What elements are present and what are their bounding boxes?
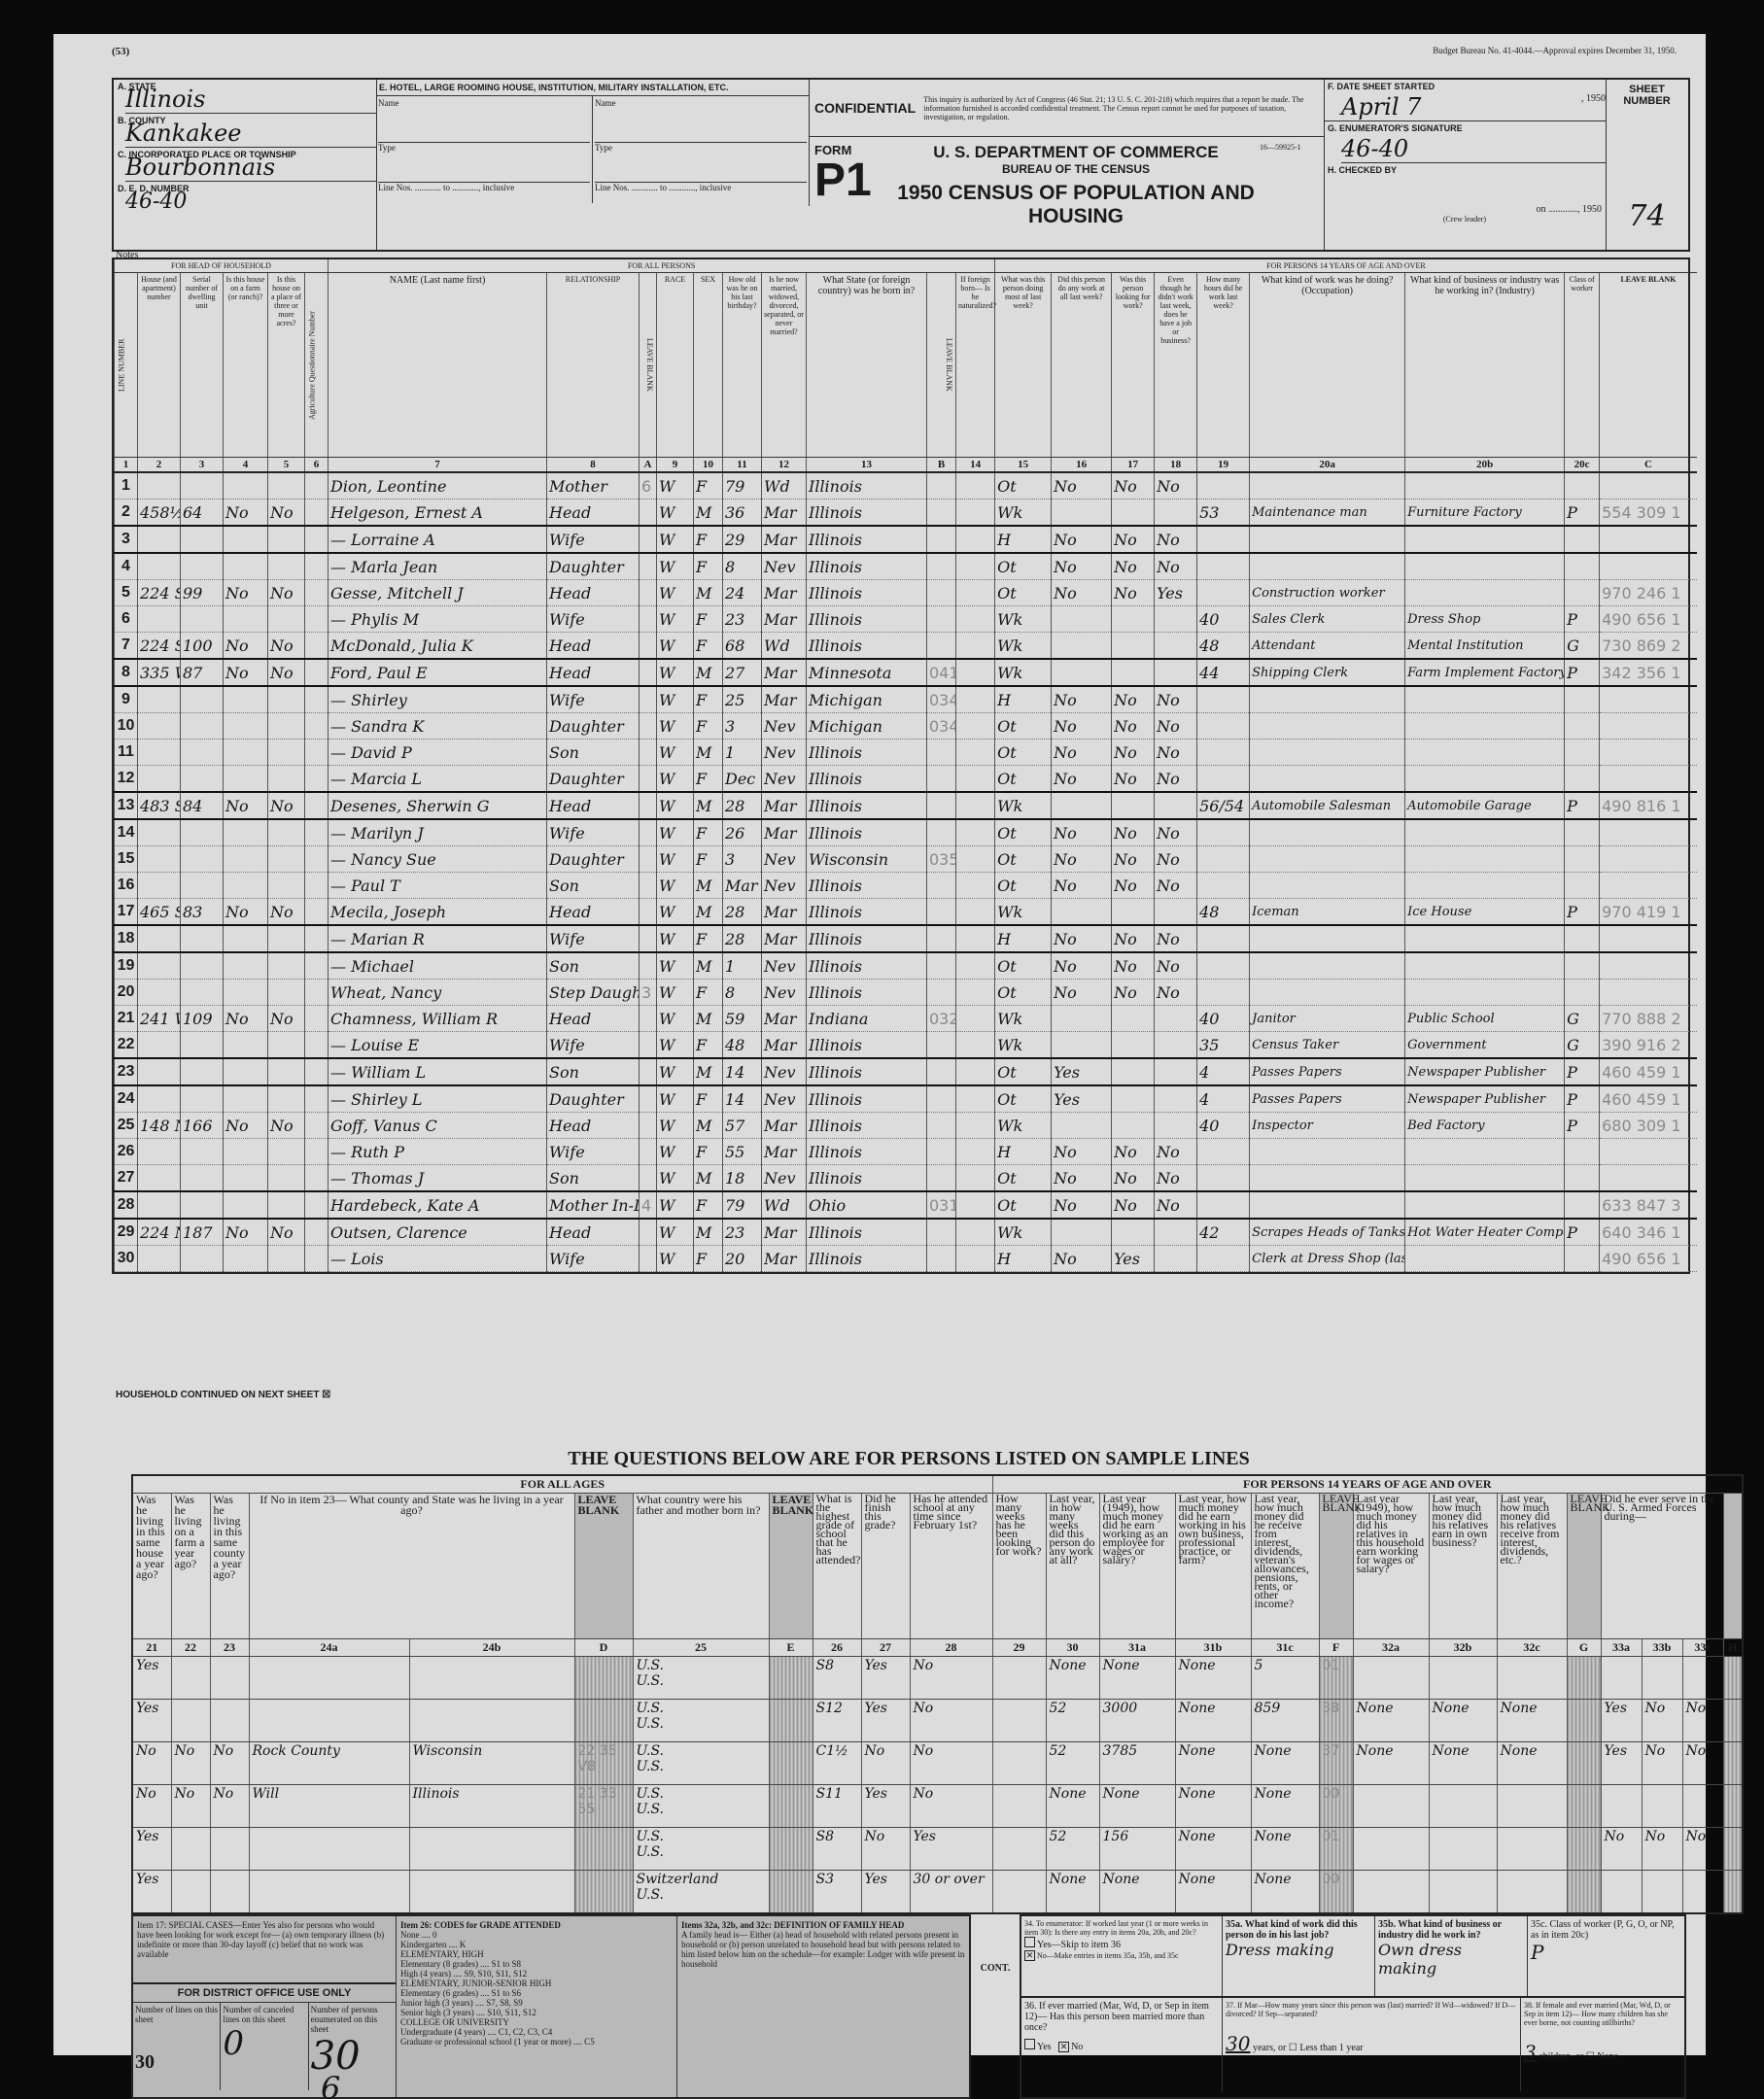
coded-b (927, 633, 956, 660)
sample-c32a: None (1353, 1742, 1429, 1785)
cell-age: 29 (723, 526, 762, 553)
cell-name: — Shirley (329, 686, 547, 713)
cell-farm: No (224, 499, 268, 527)
sample-c33c[interactable]: No (1682, 1700, 1723, 1742)
sample-school[interactable]: No (910, 1700, 992, 1742)
sample-c32b (1429, 1657, 1497, 1700)
q34-yes-checkbox[interactable] (1024, 1937, 1035, 1947)
cell-occ: Janitor (1250, 1006, 1405, 1032)
coded-a (640, 633, 657, 660)
cell-hrs (1197, 1191, 1250, 1219)
cell-act: Ot (995, 472, 1052, 499)
sample-c33c[interactable]: No (1682, 1742, 1723, 1785)
cell-act: Ot (995, 980, 1052, 1006)
q34-no-checkbox[interactable]: ✕ (1024, 1950, 1035, 1961)
cell-act: Ot (995, 553, 1052, 580)
cell-hrs (1197, 819, 1250, 846)
cell-cls: P (1565, 1113, 1600, 1139)
sample-c33c[interactable] (1682, 1657, 1723, 1700)
cell-job (1155, 792, 1197, 819)
sample-c33a[interactable] (1601, 1785, 1642, 1828)
sample-c22[interactable] (171, 1700, 210, 1742)
cell-act: Ot (995, 1165, 1052, 1192)
father-birthplace: U.S. (637, 1743, 766, 1759)
cell-look: No (1112, 526, 1155, 553)
sample-c22[interactable] (171, 1657, 210, 1700)
sample-c33c[interactable] (1682, 1871, 1723, 1913)
column-numbers: 12345678A910111213B14151617181920a20b20c… (115, 458, 1697, 473)
cell-look (1112, 1058, 1155, 1085)
cell-acres (268, 740, 305, 766)
cell-cls (1565, 580, 1600, 606)
coded-a (640, 1032, 657, 1059)
cell-blank (305, 819, 329, 846)
cell-act: H (995, 1246, 1052, 1272)
cell-sex: M (694, 792, 723, 819)
cell-blank (956, 1032, 995, 1059)
sample-school[interactable]: 30 or over (910, 1871, 992, 1913)
cell-ind (1405, 1191, 1565, 1219)
cell-serial (181, 1085, 224, 1113)
cell-blank (956, 1113, 995, 1139)
cell-age: 1 (723, 952, 762, 980)
coded-a (640, 1085, 657, 1113)
cell-ind: Public School (1405, 1006, 1565, 1032)
sample-father: SwitzerlandU.S. (633, 1871, 769, 1913)
cell-mar: Mar (762, 686, 807, 713)
sample-c21[interactable]: Yes (132, 1700, 171, 1742)
section-over-14-lower: FOR PERSONS 14 YEARS OF AGE AND OVER (992, 1475, 1743, 1494)
cell-look: No (1112, 1139, 1155, 1165)
cell-work: No (1052, 766, 1112, 793)
cell-ind (1405, 846, 1565, 873)
sample-c30: 52 (1046, 1828, 1099, 1871)
sample-c33a[interactable]: No (1601, 1828, 1642, 1871)
coded-b (927, 1139, 956, 1165)
line-number: 7 (115, 633, 138, 660)
leave-blank-e (769, 1828, 813, 1871)
cell-sex: F (694, 819, 723, 846)
cell-act: H (995, 686, 1052, 713)
coded-b (927, 1058, 956, 1085)
cell-rel: Wife (547, 606, 640, 633)
sample-finish[interactable]: Yes (861, 1657, 910, 1700)
sample-blank (1723, 1785, 1743, 1828)
cell-rel: Wife (547, 1139, 640, 1165)
sample-state: Wisconsin (409, 1742, 574, 1785)
coded-c: 640 346 1 (1600, 1219, 1697, 1246)
cell-rel: Daughter (547, 1085, 640, 1113)
sample-c21[interactable]: Yes (132, 1657, 171, 1700)
sample-rows: YesU.S.U.S.S8YesNoNoneNoneNone501YesU.S.… (132, 1657, 1743, 1913)
coded-a (640, 1219, 657, 1246)
cell-farm (224, 1139, 268, 1165)
cell-sex: M (694, 1006, 723, 1032)
person-row: 26— Ruth PWifeWF55MarIllinoisHNoNoNo (115, 1139, 1697, 1165)
cell-hrs (1197, 580, 1250, 606)
cell-work: No (1052, 952, 1112, 980)
sample-father: U.S.U.S. (633, 1742, 769, 1785)
coded-b (927, 1113, 956, 1139)
cell-rel: Son (547, 1165, 640, 1192)
q36-no-checkbox[interactable]: ✕ (1058, 2042, 1069, 2052)
cell-house (138, 740, 181, 766)
cell-look (1112, 1113, 1155, 1139)
cell-age: 18 (723, 1165, 762, 1192)
cell-farm: No (224, 1219, 268, 1246)
sample-c31a: 156 (1099, 1828, 1175, 1871)
sample-c33a[interactable] (1601, 1871, 1642, 1913)
cell-acres (268, 766, 305, 793)
cell-serial (181, 846, 224, 873)
cell-acres: No (268, 633, 305, 660)
continued-checkbox[interactable]: ☒ (322, 1390, 330, 1400)
sample-c33b[interactable] (1642, 1871, 1682, 1913)
cell-serial: 84 (181, 792, 224, 819)
coded-c (1600, 713, 1697, 740)
sample-c23[interactable] (210, 1657, 249, 1700)
coded-c (1600, 740, 1697, 766)
sample-c33c[interactable] (1682, 1785, 1723, 1828)
coded-a (640, 819, 657, 846)
cell-hrs (1197, 873, 1250, 899)
cell-look: No (1112, 846, 1155, 873)
cell-rel: Son (547, 740, 640, 766)
cell-acres (268, 952, 305, 980)
cell-birth: Illinois (807, 766, 927, 793)
cell-mar: Mar (762, 580, 807, 606)
cell-age: 28 (723, 925, 762, 952)
cell-job (1155, 1219, 1197, 1246)
cell-serial (181, 526, 224, 553)
sample-c22[interactable]: No (171, 1785, 210, 1828)
mother-birthplace: U.S. (637, 1673, 766, 1689)
answer-37: 30 (1226, 2032, 1250, 2055)
person-row: 18— Marian RWifeWF28MarIllinoisHNoNoNo (115, 925, 1697, 952)
sample-d (574, 1871, 633, 1913)
sample-c21[interactable]: Yes (132, 1871, 171, 1913)
sample-c32a (1353, 1657, 1429, 1700)
cell-blank (956, 925, 995, 952)
sample-c23[interactable]: No (210, 1785, 249, 1828)
cell-farm (224, 606, 268, 633)
sample-c22[interactable] (171, 1828, 210, 1871)
sample-finish[interactable]: No (861, 1828, 910, 1871)
sample-lines-section: THE QUESTIONS BELOW ARE FOR PERSONS LIST… (131, 1448, 1686, 2099)
sample-c33b[interactable]: No (1642, 1700, 1682, 1742)
cell-acres (268, 925, 305, 952)
cell-cls: G (1565, 633, 1600, 660)
coded-c: 460 459 1 (1600, 1085, 1697, 1113)
cell-birth: Illinois (807, 1058, 927, 1085)
cell-hrs (1197, 1246, 1250, 1272)
sample-c33a[interactable]: Yes (1601, 1700, 1642, 1742)
cell-cls (1565, 766, 1600, 793)
cell-farm: No (224, 633, 268, 660)
cell-ind: Dress Shop (1405, 606, 1565, 633)
cell-cls (1565, 873, 1600, 899)
sample-grade: S11 (813, 1785, 861, 1828)
cell-look (1112, 1032, 1155, 1059)
coded-b (927, 553, 956, 580)
cell-age: 24 (723, 580, 762, 606)
cell-serial (181, 980, 224, 1006)
cell-race: W (657, 1085, 694, 1113)
coded-a (640, 659, 657, 686)
coded-b: 035 (927, 846, 956, 873)
leave-blank-h (1723, 1494, 1743, 1639)
coded-a (640, 580, 657, 606)
lines-count: 30 (135, 2051, 218, 2074)
cell-mar: Nev (762, 873, 807, 899)
cell-act: Wk (995, 1219, 1052, 1246)
cell-occ (1250, 952, 1405, 980)
sample-c23[interactable] (210, 1828, 249, 1871)
cell-rel: Step Daughter (547, 980, 640, 1006)
cell-age: 3 (723, 713, 762, 740)
cell-serial (181, 686, 224, 713)
cell-farm (224, 766, 268, 793)
cell-name: McDonald, Julia K (329, 633, 547, 660)
cell-house (138, 526, 181, 553)
lower-column-numbers: 21222324a24bD25E262728293031a31b31cF32a3… (132, 1639, 1743, 1657)
coded-c: 554 309 1 (1600, 499, 1697, 527)
cell-blank (305, 846, 329, 873)
sample-c33a[interactable]: Yes (1601, 1742, 1642, 1785)
sample-county (249, 1828, 409, 1871)
sample-blank (1723, 1742, 1743, 1785)
cell-birth: Illinois (807, 1085, 927, 1113)
cell-blank (956, 740, 995, 766)
cell-age: 23 (723, 1219, 762, 1246)
coded-b (927, 740, 956, 766)
sample-c31b: None (1175, 1742, 1251, 1785)
line-number: 18 (115, 925, 138, 952)
cell-house (138, 472, 181, 499)
cell-farm (224, 553, 268, 580)
sample-c32c (1497, 1785, 1567, 1828)
sample-finish[interactable]: Yes (861, 1871, 910, 1913)
cell-cls (1565, 819, 1600, 846)
q36-yes-checkbox[interactable] (1024, 2039, 1035, 2049)
cell-hrs: 40 (1197, 1113, 1250, 1139)
sample-father: U.S.U.S. (633, 1785, 769, 1828)
cell-house: 483 S (138, 792, 181, 819)
cell-race: W (657, 1006, 694, 1032)
sample-school[interactable]: No (910, 1742, 992, 1785)
line-number: 17 (115, 899, 138, 926)
census-sheet: (53) Budget Bureau No. 41-4044.—Approval… (53, 34, 1706, 2055)
cell-cls: P (1565, 899, 1600, 926)
cell-farm: No (224, 580, 268, 606)
sample-c23[interactable]: No (210, 1742, 249, 1785)
sample-c32b (1429, 1828, 1497, 1871)
cell-sex: M (694, 1058, 723, 1085)
sample-f: 38 (1319, 1700, 1353, 1742)
sample-state (409, 1657, 574, 1700)
line-number: 1 (115, 472, 138, 499)
cell-acres: No (268, 1113, 305, 1139)
sample-school[interactable]: No (910, 1657, 992, 1700)
sample-finish[interactable]: Yes (861, 1700, 910, 1742)
coded-c: 490 656 1 (1600, 606, 1697, 633)
cell-acres (268, 873, 305, 899)
sample-c21[interactable]: No (132, 1785, 171, 1828)
cell-work: No (1052, 819, 1112, 846)
cell-look: No (1112, 980, 1155, 1006)
cell-race: W (657, 740, 694, 766)
title-block: CONFIDENTIAL This inquiry is authorized … (809, 80, 1325, 250)
cell-birth: Illinois (807, 792, 927, 819)
extra-mark: 6 (321, 2070, 340, 2099)
cell-age: 48 (723, 1032, 762, 1059)
cell-work (1052, 606, 1112, 633)
cell-name: — Thomas J (329, 1165, 547, 1192)
cell-sex: F (694, 846, 723, 873)
cell-act: Ot (995, 766, 1052, 793)
cell-cls (1565, 713, 1600, 740)
sample-c33a[interactable] (1601, 1657, 1642, 1700)
cell-age: 8 (723, 980, 762, 1006)
coded-b: 034 (927, 713, 956, 740)
cell-act: Ot (995, 713, 1052, 740)
sample-school[interactable]: Yes (910, 1828, 992, 1871)
sample-finish[interactable]: No (861, 1742, 910, 1785)
cell-sex: M (694, 873, 723, 899)
cell-work (1052, 633, 1112, 660)
sample-c33b[interactable]: No (1642, 1828, 1682, 1871)
cell-birth: Illinois (807, 606, 927, 633)
sample-c22[interactable]: No (171, 1742, 210, 1785)
cell-act: Ot (995, 1085, 1052, 1113)
cell-mar: Mar (762, 1032, 807, 1059)
cell-look: No (1112, 740, 1155, 766)
cell-race: W (657, 1165, 694, 1192)
cell-acres: No (268, 1006, 305, 1032)
cell-blank (305, 1246, 329, 1272)
sample-c21[interactable]: Yes (132, 1828, 171, 1871)
sample-c29 (992, 1742, 1046, 1785)
cell-job (1155, 659, 1197, 686)
cell-age: 28 (723, 792, 762, 819)
cell-ind (1405, 740, 1565, 766)
cell-farm (224, 873, 268, 899)
coded-b (927, 472, 956, 499)
cell-house (138, 1032, 181, 1059)
cell-occ (1250, 846, 1405, 873)
cell-age: 26 (723, 819, 762, 846)
cell-acres (268, 1191, 305, 1219)
cell-work: No (1052, 472, 1112, 499)
cell-blank (305, 873, 329, 899)
coded-b (927, 1219, 956, 1246)
cell-name: Helgeson, Ernest A (329, 499, 547, 527)
cell-job: No (1155, 819, 1197, 846)
sample-c30: None (1046, 1871, 1099, 1913)
sample-school[interactable]: No (910, 1785, 992, 1828)
sample-c30: None (1046, 1785, 1099, 1828)
person-row: 2458½ W64NoNoHelgeson, Ernest AHeadWM36M… (115, 499, 1697, 527)
family-head-definition: Items 32a, 32b, and 32c: DEFINITION OF F… (677, 1916, 969, 2097)
line-number: 30 (115, 1246, 138, 1272)
cell-cls: G (1565, 1006, 1600, 1032)
cell-acres: No (268, 499, 305, 527)
cell-hrs (1197, 1139, 1250, 1165)
cell-hrs: 44 (1197, 659, 1250, 686)
sheet-number: 74 (1606, 199, 1688, 233)
cell-farm (224, 1165, 268, 1192)
cell-ind: Government (1405, 1032, 1565, 1059)
sample-father: U.S.U.S. (633, 1700, 769, 1742)
cell-job (1155, 1246, 1197, 1272)
cell-age: 14 (723, 1058, 762, 1085)
cell-acres (268, 1058, 305, 1085)
coded-a (640, 1058, 657, 1085)
cell-farm (224, 952, 268, 980)
sample-c21[interactable]: No (132, 1742, 171, 1785)
sample-blank (1723, 1828, 1743, 1871)
cell-serial: 64 (181, 499, 224, 527)
coded-b: 032 (927, 1006, 956, 1032)
cell-house (138, 1085, 181, 1113)
sample-c23[interactable] (210, 1700, 249, 1742)
cell-look: No (1112, 873, 1155, 899)
coded-c (1600, 686, 1697, 713)
cell-occ: Iceman (1250, 899, 1405, 926)
coded-a (640, 499, 657, 527)
cell-house (138, 766, 181, 793)
sample-c33c[interactable]: No (1682, 1828, 1723, 1871)
coded-c (1600, 766, 1697, 793)
sample-blank (1567, 1742, 1601, 1785)
cell-birth: Michigan (807, 713, 927, 740)
coded-a (640, 740, 657, 766)
cell-rel: Daughter (547, 553, 640, 580)
sample-d (574, 1700, 633, 1742)
grade-code: High (4 years) .... S9, S10, S11, S12 (400, 1969, 673, 1979)
cell-ind: Furniture Factory (1405, 499, 1565, 527)
sample-c33b[interactable] (1642, 1785, 1682, 1828)
sample-row: YesU.S.U.S.S12YesNo523000None85938NoneNo… (132, 1700, 1743, 1742)
coded-b (927, 952, 956, 980)
sample-c22[interactable] (171, 1871, 210, 1913)
cell-blank (305, 1006, 329, 1032)
cell-rel: Daughter (547, 766, 640, 793)
cell-ind (1405, 1165, 1565, 1192)
cell-race: W (657, 819, 694, 846)
coded-b (927, 1085, 956, 1113)
cell-hrs (1197, 1165, 1250, 1192)
coded-c: 680 309 1 (1600, 1113, 1697, 1139)
cell-occ: Shipping Clerk (1250, 659, 1405, 686)
cell-house (138, 553, 181, 580)
cell-name: Chamness, William R (329, 1006, 547, 1032)
cell-house (138, 1058, 181, 1085)
cell-work: No (1052, 1165, 1112, 1192)
sample-c33b[interactable]: No (1642, 1742, 1682, 1785)
sample-c33b[interactable] (1642, 1657, 1682, 1700)
cell-age: 36 (723, 499, 762, 527)
sample-finish[interactable]: Yes (861, 1785, 910, 1828)
cell-look: Yes (1112, 1246, 1155, 1272)
cell-act: Wk (995, 792, 1052, 819)
cell-age: 23 (723, 606, 762, 633)
cell-cls: P (1565, 792, 1600, 819)
cell-race: W (657, 659, 694, 686)
sample-c23[interactable] (210, 1871, 249, 1913)
coded-b (927, 873, 956, 899)
cell-age: 1 (723, 740, 762, 766)
